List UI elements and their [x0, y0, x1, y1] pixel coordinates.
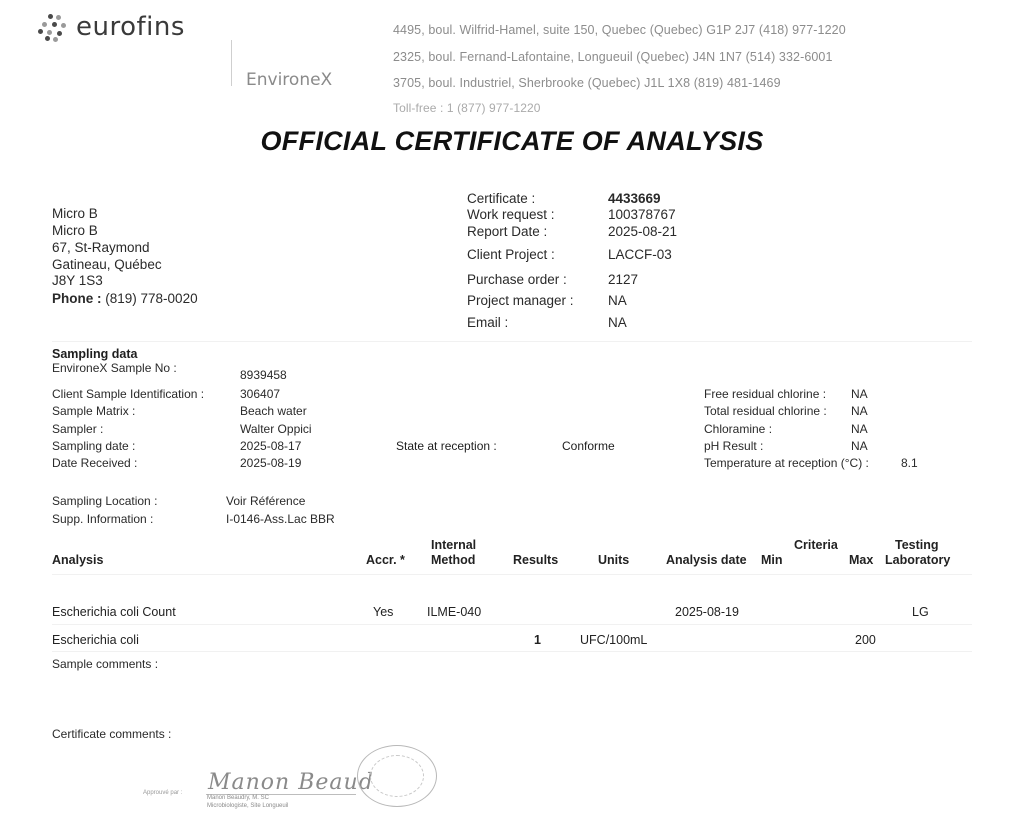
document-title: OFFICIAL CERTIFICATE OF ANALYSIS	[0, 126, 1024, 157]
sample-no-label: EnvironeX Sample No :	[52, 361, 177, 375]
eurofins-logo: eurofins	[38, 12, 185, 42]
address-quebec: 4495, boul. Wilfrid-Hamel, suite 150, Qu…	[393, 23, 846, 37]
client-street: 67, St-Raymond	[52, 240, 150, 255]
free-chlorine-label: Free residual chlorine :	[704, 387, 826, 401]
client-project-value: LACCF-03	[608, 247, 672, 262]
total-chlorine-label: Total residual chlorine :	[704, 404, 827, 418]
cell-analysis: Escherichia coli Count	[52, 605, 176, 619]
sampler-value: Walter Oppici	[240, 422, 312, 436]
address-sherbrooke: 3705, boul. Industriel, Sherbrooke (Queb…	[393, 76, 781, 90]
report-date-label: Report Date :	[467, 224, 547, 239]
row-divider	[52, 651, 972, 652]
free-chlorine-value: NA	[851, 387, 868, 401]
client-contact: Micro B	[52, 223, 98, 238]
date-received-value: 2025-08-19	[240, 456, 301, 470]
supp-info-label: Supp. Information :	[52, 512, 153, 526]
temperature-label: Temperature at reception (°C) :	[704, 456, 869, 470]
cell-result: 1	[534, 633, 541, 647]
col-min: Min	[761, 553, 783, 568]
chloramine-value: NA	[851, 422, 868, 436]
col-accreditation: Accr. *	[366, 553, 405, 568]
purchase-order-label: Purchase order :	[467, 272, 567, 287]
cell-analysis: Escherichia coli	[52, 633, 139, 647]
col-method-line1: Internal	[431, 538, 476, 553]
state-at-reception-label: State at reception :	[396, 439, 497, 453]
col-max: Max	[849, 553, 873, 568]
sample-no-value: 8939458	[240, 368, 287, 382]
email-value: NA	[608, 315, 627, 330]
sampling-section-title: Sampling data	[52, 347, 137, 361]
approved-by-label: Approuvé par :	[143, 790, 182, 796]
cell-units: UFC/100mL	[580, 633, 647, 647]
client-city: Gatineau, Québec	[52, 257, 162, 272]
date-received-label: Date Received :	[52, 456, 137, 470]
client-phone: Phone : (819) 778-0020	[52, 291, 198, 306]
col-units: Units	[598, 553, 629, 568]
col-method-line2: Method	[431, 553, 475, 568]
ph-result-label: pH Result :	[704, 439, 763, 453]
signer-name: Manon Beaudry, M. SC	[207, 795, 269, 801]
cell-method: ILME-040	[427, 605, 481, 619]
sampling-date-label: Sampling date :	[52, 439, 135, 453]
cell-accreditation: Yes	[373, 605, 393, 619]
col-analysis: Analysis	[52, 553, 103, 568]
table-header-divider	[52, 574, 972, 575]
logo-divider	[231, 40, 232, 86]
client-sample-id-value: 306407	[240, 387, 280, 401]
phone-value: (819) 778-0020	[105, 291, 197, 306]
section-divider	[52, 341, 972, 342]
supp-info-value: I-0146-Ass.Lac BBR	[226, 512, 335, 526]
row-divider	[52, 624, 972, 625]
project-manager-value: NA	[608, 293, 627, 308]
col-lab-line1: Testing	[895, 538, 939, 553]
signature: Manon Beaud	[208, 770, 374, 795]
email-label: Email :	[467, 315, 508, 330]
address-longueuil: 2325, boul. Fernand-Lafontaine, Longueui…	[393, 50, 833, 64]
certificate-number: 4433669	[608, 191, 661, 206]
project-manager-label: Project manager :	[467, 293, 574, 308]
certificate-comments-label: Certificate comments :	[52, 727, 171, 741]
phone-label: Phone :	[52, 291, 102, 306]
client-name: Micro B	[52, 206, 98, 221]
sub-brand: EnvironeX	[246, 70, 332, 90]
client-project-label: Client Project :	[467, 247, 555, 262]
cell-max: 200	[855, 633, 876, 647]
col-results: Results	[513, 553, 558, 568]
report-date-value: 2025-08-21	[608, 224, 677, 239]
sampling-location-value: Voir Référence	[226, 494, 305, 508]
sample-matrix-label: Sample Matrix :	[52, 404, 135, 418]
eurofins-dots-icon	[38, 12, 70, 42]
brand-name: eurofins	[76, 12, 185, 42]
client-postal: J8Y 1S3	[52, 273, 103, 288]
sample-comments-label: Sample comments :	[52, 657, 158, 671]
sample-matrix-value: Beach water	[240, 404, 307, 418]
col-analysis-date: Analysis date	[666, 553, 747, 568]
certificate-label: Certificate :	[467, 191, 535, 206]
client-sample-id-label: Client Sample Identification :	[52, 387, 204, 401]
sampler-label: Sampler :	[52, 422, 103, 436]
state-at-reception-value: Conforme	[562, 439, 615, 453]
total-chlorine-value: NA	[851, 404, 868, 418]
sampling-location-label: Sampling Location :	[52, 494, 157, 508]
chloramine-label: Chloramine :	[704, 422, 772, 436]
col-criteria: Criteria	[794, 538, 838, 553]
purchase-order-value: 2127	[608, 272, 638, 287]
cell-lab: LG	[912, 605, 929, 619]
col-lab-line2: Laboratory	[885, 553, 950, 568]
stamp-inner-ring	[370, 755, 424, 797]
temperature-value: 8.1	[901, 456, 918, 470]
official-stamp-icon	[357, 745, 437, 807]
ph-result-value: NA	[851, 439, 868, 453]
toll-free: Toll-free : 1 (877) 977-1220	[393, 101, 541, 115]
cell-analysis-date: 2025-08-19	[675, 605, 739, 619]
sampling-date-value: 2025-08-17	[240, 439, 301, 453]
signer-role: Microbiologiste, Site Longueuil	[207, 803, 288, 809]
work-request-label: Work request :	[467, 207, 555, 222]
work-request-value: 100378767	[608, 207, 676, 222]
